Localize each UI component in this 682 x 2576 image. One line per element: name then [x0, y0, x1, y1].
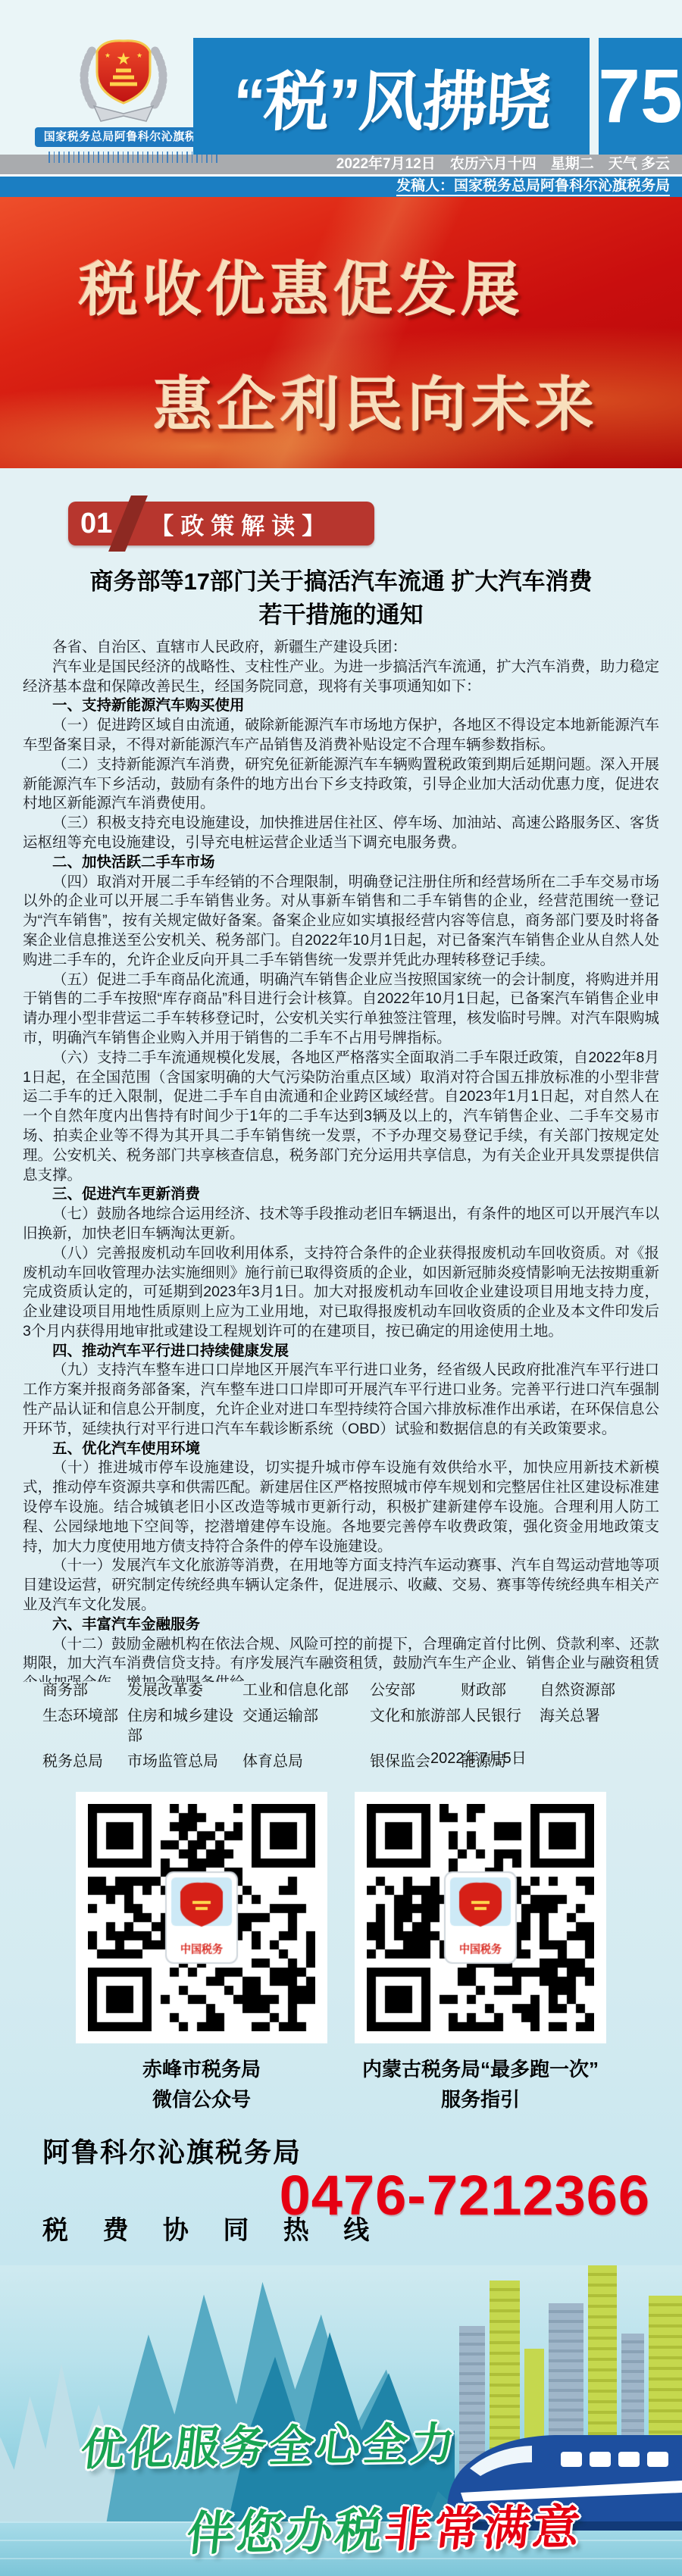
qr-code-wechat [88, 1804, 315, 2031]
article-section-heading: 一、支持新能源汽车购买使用 [23, 696, 659, 716]
signatory: 发展改革委 [127, 1680, 242, 1700]
signatory: 自然资源部 [540, 1680, 649, 1700]
article-paragraph: 各省、自治区、直辖市人民政府，新疆生产建设兵团： [23, 638, 659, 658]
article-paragraph: （十）推进城市停车设施建设，切实提升城市停车设施有效供给水平，加快应用新技术新模… [23, 1458, 659, 1556]
article-section-heading: 二、加快活跃二手车市场 [23, 853, 659, 873]
footer-slogan-line1: 优化服务全心全力 [78, 2408, 461, 2478]
qr-caption-right: 内蒙古税务局“最多跑一次” 服务指引 [362, 2054, 599, 2115]
publisher-bar: 发稿人：国家税务总局阿鲁科尔沁旗税务局 [0, 177, 682, 197]
signatory: 公安部 [370, 1680, 461, 1700]
tax-bureau-emblem-icon: ★ ★ ★ [70, 30, 177, 126]
article-paragraph: （一）促进跨区域自由流通，破除新能源汽车市场地方保护，各地区不得设定本地新能源汽… [23, 716, 659, 755]
signatory: 市场监管总局 [127, 1752, 242, 1771]
qr-panel [76, 1792, 327, 2043]
article-section-heading: 五、优化汽车使用环境 [23, 1440, 659, 1459]
qr-panel [355, 1792, 606, 2043]
article-paragraph: （五）促进二手车商品化流通，明确汽车销售企业应当按照国家统一的会计制度，将购进并… [23, 971, 659, 1049]
signatory: 海关总署 [540, 1706, 649, 1746]
article-title-line1: 商务部等17部门关于搞活汽车流通 扩大汽车消费 [0, 565, 682, 599]
svg-text:★: ★ [136, 52, 142, 59]
masthead: ★ ★ ★ 国家税务总局阿鲁科尔沁旗税务局 “税”风拂晓 75 [0, 0, 682, 155]
qr-caption-left: 赤峰市税务局 微信公众号 [142, 2054, 261, 2115]
article-paragraph: （十一）发展汽车文化旅游等消费，在用地等方面支持汽车运动赛事、汽车自驾运动营地等… [23, 1556, 659, 1615]
publisher-line: 发稿人：国家税务总局阿鲁科尔沁旗税务局 [396, 178, 670, 196]
footer-slogan-green: 伴您办税 [184, 2505, 387, 2561]
issue-number-box: 75 [599, 38, 682, 155]
signatory: 人民银行 [461, 1706, 540, 1746]
signatory: 商务部 [42, 1680, 127, 1700]
qr-cell-right: 内蒙古税务局“最多跑一次” 服务指引 [355, 1792, 606, 2115]
qr-caption-left-line2: 微信公众号 [142, 2084, 261, 2115]
footer-illustration: 优化服务全心全力 伴您办税非常满意 [0, 2265, 682, 2576]
footer-slogan-line2: 伴您办税非常满意 [184, 2489, 586, 2563]
article-paragraph: （七）鼓励各地综合运用经济、技术等手段推动老旧车辆退出，有条件的地区可以开展汽车… [23, 1205, 659, 1244]
signatory [540, 1752, 649, 1771]
article-paragraph: 汽车业是国民经济的战略性、支柱性产业。为进一步搞活汽车流通，扩大汽车消费，助力稳… [23, 658, 659, 697]
article-section-heading: 三、促进汽车更新消费 [23, 1185, 659, 1205]
content-area: 01 【政策解读】 商务部等17部门关于搞活汽车流通 扩大汽车消费 若干措施的通… [0, 468, 682, 2265]
signatories-grid: 商务部发展改革委工业和信息化部公安部财政部自然资源部生态环境部住房和城乡建设部交… [42, 1680, 649, 1771]
hero-banner: 税收优惠促发展 惠企利民向未来 [0, 197, 682, 468]
signatory: 财政部 [461, 1680, 540, 1700]
article-paragraph: （九）支持汽车整车进口口岸地区开展汽车平行进口业务，经省级人民政府批准汽车平行进… [23, 1361, 659, 1439]
masthead-title: “税”风拂晓 [230, 49, 552, 143]
signatory: 工业和信息化部 [242, 1680, 370, 1700]
qr-code-service-guide [367, 1804, 594, 2031]
svg-text:★: ★ [105, 52, 111, 59]
sign-date: 2022年7月5日 [430, 1746, 527, 1768]
article-title-line2: 若干措施的通知 [0, 599, 682, 632]
section-header-ribbon: 01 【政策解读】 [68, 502, 374, 546]
banner-slogan-line2: 惠企利民向未来 [35, 327, 682, 442]
qr-caption-right-line1: 内蒙古税务局“最多跑一次” [362, 2054, 599, 2084]
signatory: 税务总局 [42, 1752, 127, 1771]
article-section-heading: 四、推动汽车平行进口持续健康发展 [23, 1342, 659, 1361]
hotline-number: 0476-7212366 [280, 2163, 650, 2227]
qr-cell-left: 赤峰市税务局 微信公众号 [76, 1792, 327, 2115]
signatory: 交通运输部 [242, 1706, 370, 1746]
article-section-heading: 六、丰富汽车金融服务 [23, 1615, 659, 1635]
article-body: 各省、自治区、直辖市人民政府，新疆生产建设兵团：汽车业是国民经济的战略性、支柱性… [23, 638, 659, 1682]
article-paragraph: （四）取消对开展二手车经销的不合理限制，明确登记注册住所和经营场所在二手车交易市… [23, 873, 659, 971]
newsletter-page: ★ ★ ★ 国家税务总局阿鲁科尔沁旗税务局 “税”风拂晓 75 2022年7月1… [0, 0, 682, 2576]
section-label: 【政策解读】 [150, 507, 332, 541]
article-paragraph: （六）支持二手车流通规模化发展，各地区严格落实全面取消二手车限迁政策，自2022… [23, 1049, 659, 1186]
signatory: 住房和城乡建设部 [127, 1706, 242, 1746]
article-paragraph: （十二）鼓励金融机构在依法合规、风险可控的前提下，合理确定首付比例、贷款利率、还… [23, 1635, 659, 1682]
hotline-block: 阿鲁科尔沁旗税务局 税 费 协 同 热 线 0476-7212366 [42, 2131, 655, 2246]
article-paragraph: （八）完善报废机动车回收利用体系，支持符合条件的企业获得报废机动车回收资质。对《… [23, 1244, 659, 1342]
footer-slogan-red: 非常满意 [382, 2501, 585, 2557]
svg-text:★: ★ [116, 49, 131, 68]
qr-section: 赤峰市税务局 微信公众号 内蒙古税务局“最多跑一次” 服务指引 [0, 1792, 682, 2115]
article-paragraph: （二）支持新能源汽车消费，研究免征新能源汽车车辆购置税政策到期后延期问题。深入开… [23, 755, 659, 814]
signatory: 生态环境部 [42, 1706, 127, 1746]
article-paragraph: （三）积极支持充电设施建设，加快推进居住社区、停车场、加油站、高速公路服务区、客… [23, 814, 659, 853]
signatory: 文化和旅游部 [370, 1706, 461, 1746]
qr-caption-right-line2: 服务指引 [362, 2084, 599, 2115]
article-title: 商务部等17部门关于搞活汽车流通 扩大汽车消费 若干措施的通知 [0, 565, 682, 632]
signatory: 体育总局 [242, 1752, 370, 1771]
qr-caption-left-line1: 赤峰市税务局 [142, 2054, 261, 2084]
banner-slogan-line1: 税收优惠促发展 [0, 197, 643, 327]
section-number: 01 [68, 508, 120, 540]
issue-number: 75 [598, 53, 682, 140]
masthead-title-box: “税”风拂晓 [193, 38, 590, 155]
